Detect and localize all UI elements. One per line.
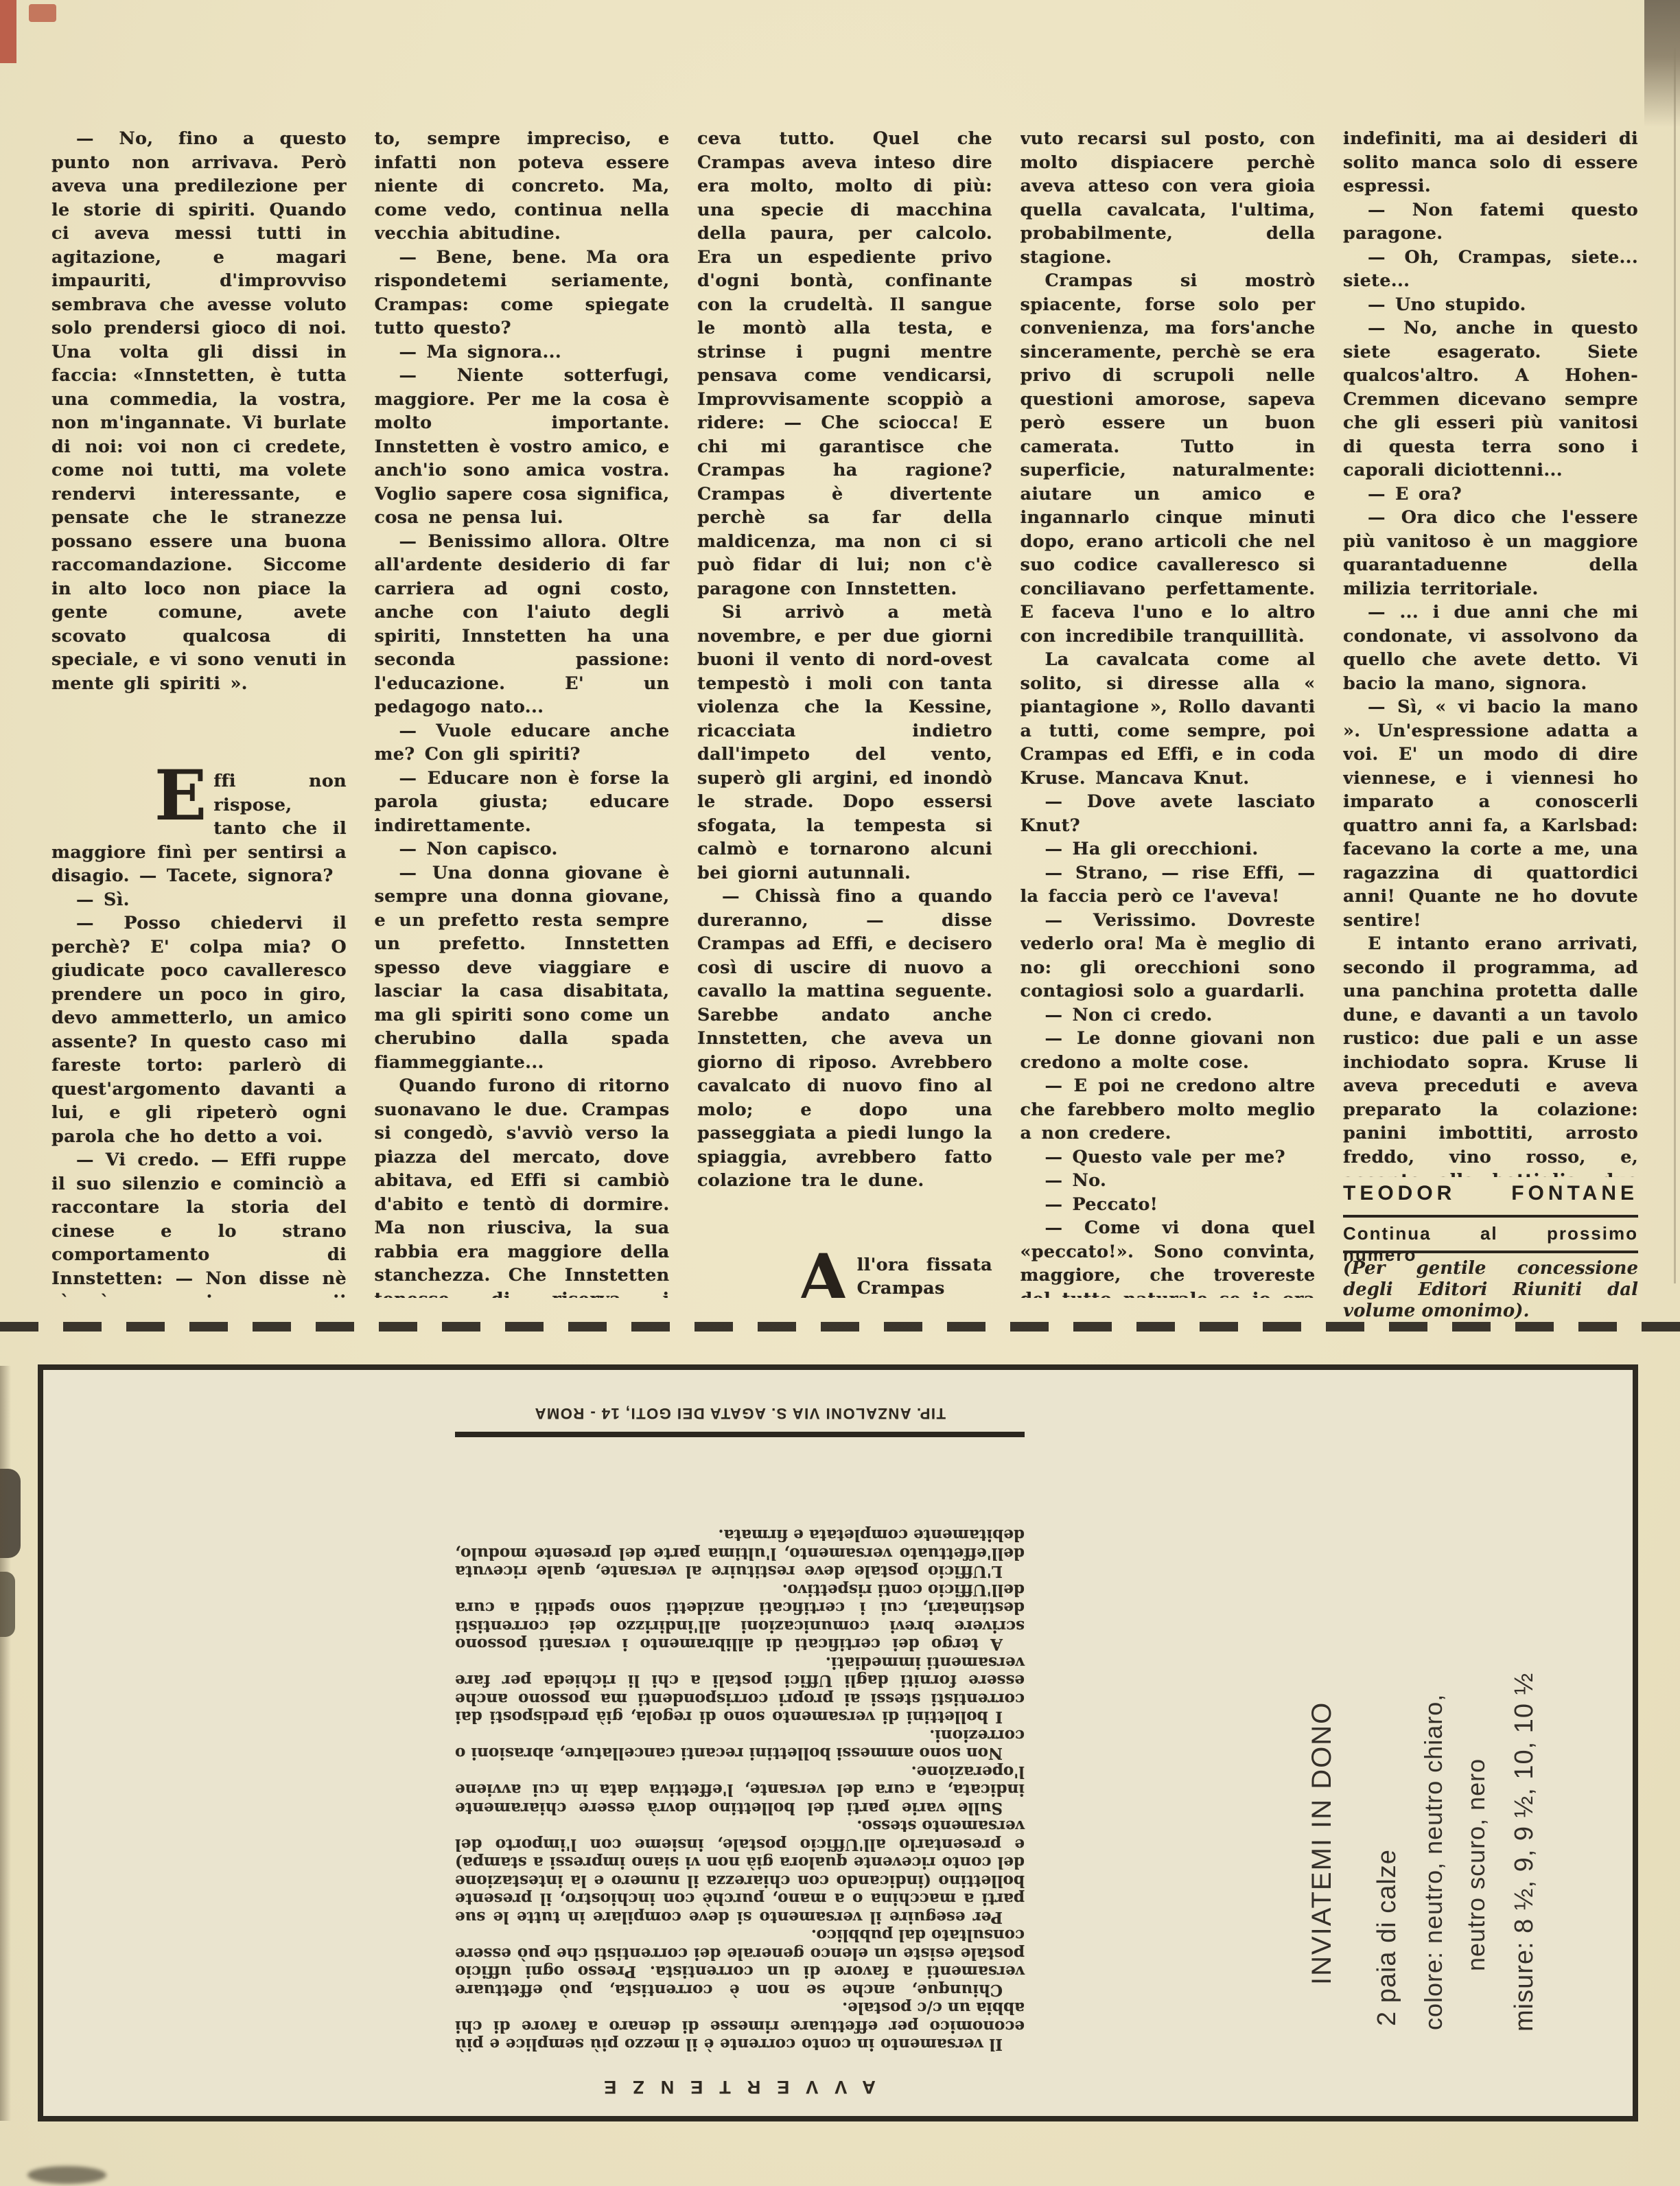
paragraph: to, sempre impreciso, e infatti non pote… <box>375 127 670 246</box>
paragraph: — Questo vale per me? <box>1020 1146 1316 1170</box>
form-spacer <box>455 1438 1025 1526</box>
paragraph: — E ora? <box>1343 482 1638 507</box>
paragraph: Si arrivò a metà novembre, e per due gio… <box>697 601 992 885</box>
paragraph: — Benissimo allora. Oltre all'ardente de… <box>375 530 670 719</box>
paragraph: — Ha gli orecchioni. <box>1020 837 1316 861</box>
article-column-1: — No, fino a questo punto non arrivava. … <box>51 127 347 1298</box>
paragraph: — Ma signora... <box>375 340 670 364</box>
paragraph: — E poi ne credono altre che farebbero m… <box>1020 1074 1316 1146</box>
coupon-line: misure: 8 ½, 9, 9 ½, 10, 10 ½ <box>1508 1673 1541 2032</box>
paragraph: — Sì, « vi bacio la mano ». Un'espressio… <box>1343 695 1638 932</box>
paragraph: — Chissà fino a quando dureranno, — diss… <box>697 885 992 1193</box>
paragraph: — Posso chiedervi il perchè? E' colpa mi… <box>51 911 347 1148</box>
article-column-3: ceva tutto. Quel che Crampas aveva intes… <box>697 127 992 1298</box>
coupon-line: INVIATEMI IN DONO <box>1304 1701 1340 1985</box>
scan-artifact-corner <box>1644 0 1680 127</box>
form-paragraph: I bollettini di versamento sono di regol… <box>455 1653 1025 1726</box>
coupon-line: neutro scuro, nero <box>1460 1758 1492 1971</box>
paragraph: indefiniti, ma ai desideri di solito man… <box>1343 127 1638 198</box>
paragraph: — Vi credo. — Effi ruppe il suo silenzio… <box>51 1148 347 1298</box>
scan-artifact-page-edge <box>1674 48 1676 1283</box>
dropcap-spacer <box>51 769 154 817</box>
paragraph: — No, fino a questo punto non arrivava. … <box>51 127 347 695</box>
paragraph: ceva tutto. Quel che Crampas aveva intes… <box>697 127 992 601</box>
dropcap-spacer <box>697 1253 797 1299</box>
paragraph: — Dove avete lasciato Knut? <box>1020 790 1316 837</box>
paragraph: — Peccato! <box>1020 1193 1316 1217</box>
paragraph: vuto recarsi sul posto, con molto dispia… <box>1020 127 1316 269</box>
paragraph: — Non fatemi questo paragone. <box>1343 198 1638 246</box>
paragraph: All'ora fissata Crampas giunse a casa In… <box>697 1253 992 1299</box>
paragraph: — Bene, bene. Ma ora rispondetemi seriam… <box>375 246 670 340</box>
scan-artifact-ink-blob <box>0 1469 21 1558</box>
credit-note: (Per gentile concessione degli Editori R… <box>1343 1258 1638 1322</box>
paragraph: — Una donna giovane è sempre una donna g… <box>375 861 670 1075</box>
dropcap-initial: A <box>797 1253 857 1299</box>
paragraph: La cavalcata come al solito, si diresse … <box>1020 648 1316 790</box>
scan-artifact-paper-curl <box>0 1366 11 2121</box>
scan-artifact-ink-blob <box>0 1572 15 1637</box>
tear-dash-line <box>0 1322 1680 1332</box>
rotated-form-content: AVVERTENZE Il versamento in conto corren… <box>455 1404 1025 2096</box>
form-title: AVVERTENZE <box>455 2078 1025 2097</box>
paragraph: E intanto erano arrivati, secondo il pro… <box>1343 932 1638 1177</box>
form-paragraph: L'Ufficio postale deve restituire al ver… <box>455 1526 1025 1581</box>
paragraph: Effi non rispose, tanto che il maggiore … <box>51 769 347 888</box>
paragraph: — Non ci credo. <box>1020 1003 1316 1027</box>
paragraph: — Come vi dona quel «peccato!». Sono con… <box>1020 1216 1316 1298</box>
form-paragraphs: Il versamento in conto corrente è il mez… <box>455 1526 1025 2054</box>
paragraph: — Sì. <box>51 888 347 912</box>
dropcap-initial: E <box>154 769 213 817</box>
form-paragraph: Chiunque, anche se non è correntista, pu… <box>455 1926 1025 1999</box>
article-column-2: to, sempre impreciso, e infatti non pote… <box>375 127 670 1298</box>
paragraph: Crampas si mostrò spiacente, forse solo … <box>1020 269 1316 648</box>
paragraph: — Oh, Crampas, siete... siete... <box>1343 246 1638 293</box>
paragraph: — Ora dico che l'essere più vanitoso è u… <box>1343 506 1638 601</box>
scan-artifact-smudge <box>27 2166 106 2184</box>
divider-rule <box>1343 1251 1638 1253</box>
paragraph: Quando furono di ritorno suonavano le du… <box>375 1074 670 1298</box>
coupon-line: colore: neutro, neutro chiaro, <box>1417 1694 1449 2030</box>
paragraph: — ... i due anni che mi condonate, vi as… <box>1343 601 1638 695</box>
form-paragraph: A tergo dei certificati di allibramento … <box>455 1581 1025 1653</box>
paragraph: — Vuole educare anche me? Con gli spirit… <box>375 719 670 767</box>
printer-imprint: TIP. ANZALONI VIA S. AGATA DEI GOTI, 14 … <box>455 1404 1025 1423</box>
article-column-4: vuto recarsi sul posto, con molto dispia… <box>1020 127 1316 1298</box>
imprint-rule <box>455 1432 1025 1438</box>
paragraph: — Niente sotterfugi, maggiore. Per me la… <box>375 364 670 530</box>
paragraph: — Le donne giovani non credono a molte c… <box>1020 1027 1316 1074</box>
paragraph: — Verissimo. Dovreste vederlo ora! Ma è … <box>1020 909 1316 1003</box>
author-signature: TEODOR FONTANE <box>1343 1182 1638 1205</box>
scan-artifact-red-mark <box>0 0 16 63</box>
form-paragraph: Per eseguire il versamento si deve compi… <box>455 1817 1025 1926</box>
article-column-5: indefiniti, ma ai desideri di solito man… <box>1343 127 1638 1177</box>
form-paragraph: Non sono ammessi bollettini recanti canc… <box>455 1726 1025 1763</box>
form-paragraph: Il versamento in conto corrente è il mez… <box>455 1999 1025 2054</box>
paragraph: — Non capisco. <box>375 837 670 861</box>
postal-form-instructions: AVVERTENZE Il versamento in conto corren… <box>455 1404 1025 2096</box>
magazine-page: { "colors": { "paper": "#ece3c2", "box_p… <box>0 0 1680 2186</box>
paragraph: — Educare non è forse la parola giusta; … <box>375 767 670 838</box>
form-paragraph: Sulle varie parti del bollettino dovrà e… <box>455 1763 1025 1817</box>
paragraph: — Uno stupido. <box>1343 293 1638 317</box>
coupon-line: 2 paia di calze <box>1370 1849 1404 2026</box>
paragraph: — No, anche in questo siete esagerato. S… <box>1343 316 1638 482</box>
paragraph: — No. <box>1020 1169 1316 1193</box>
scan-artifact-red-mark <box>29 4 56 22</box>
paragraph: — Strano, — rise Effi, — la faccia però … <box>1020 861 1316 909</box>
divider-rule <box>1343 1215 1638 1218</box>
